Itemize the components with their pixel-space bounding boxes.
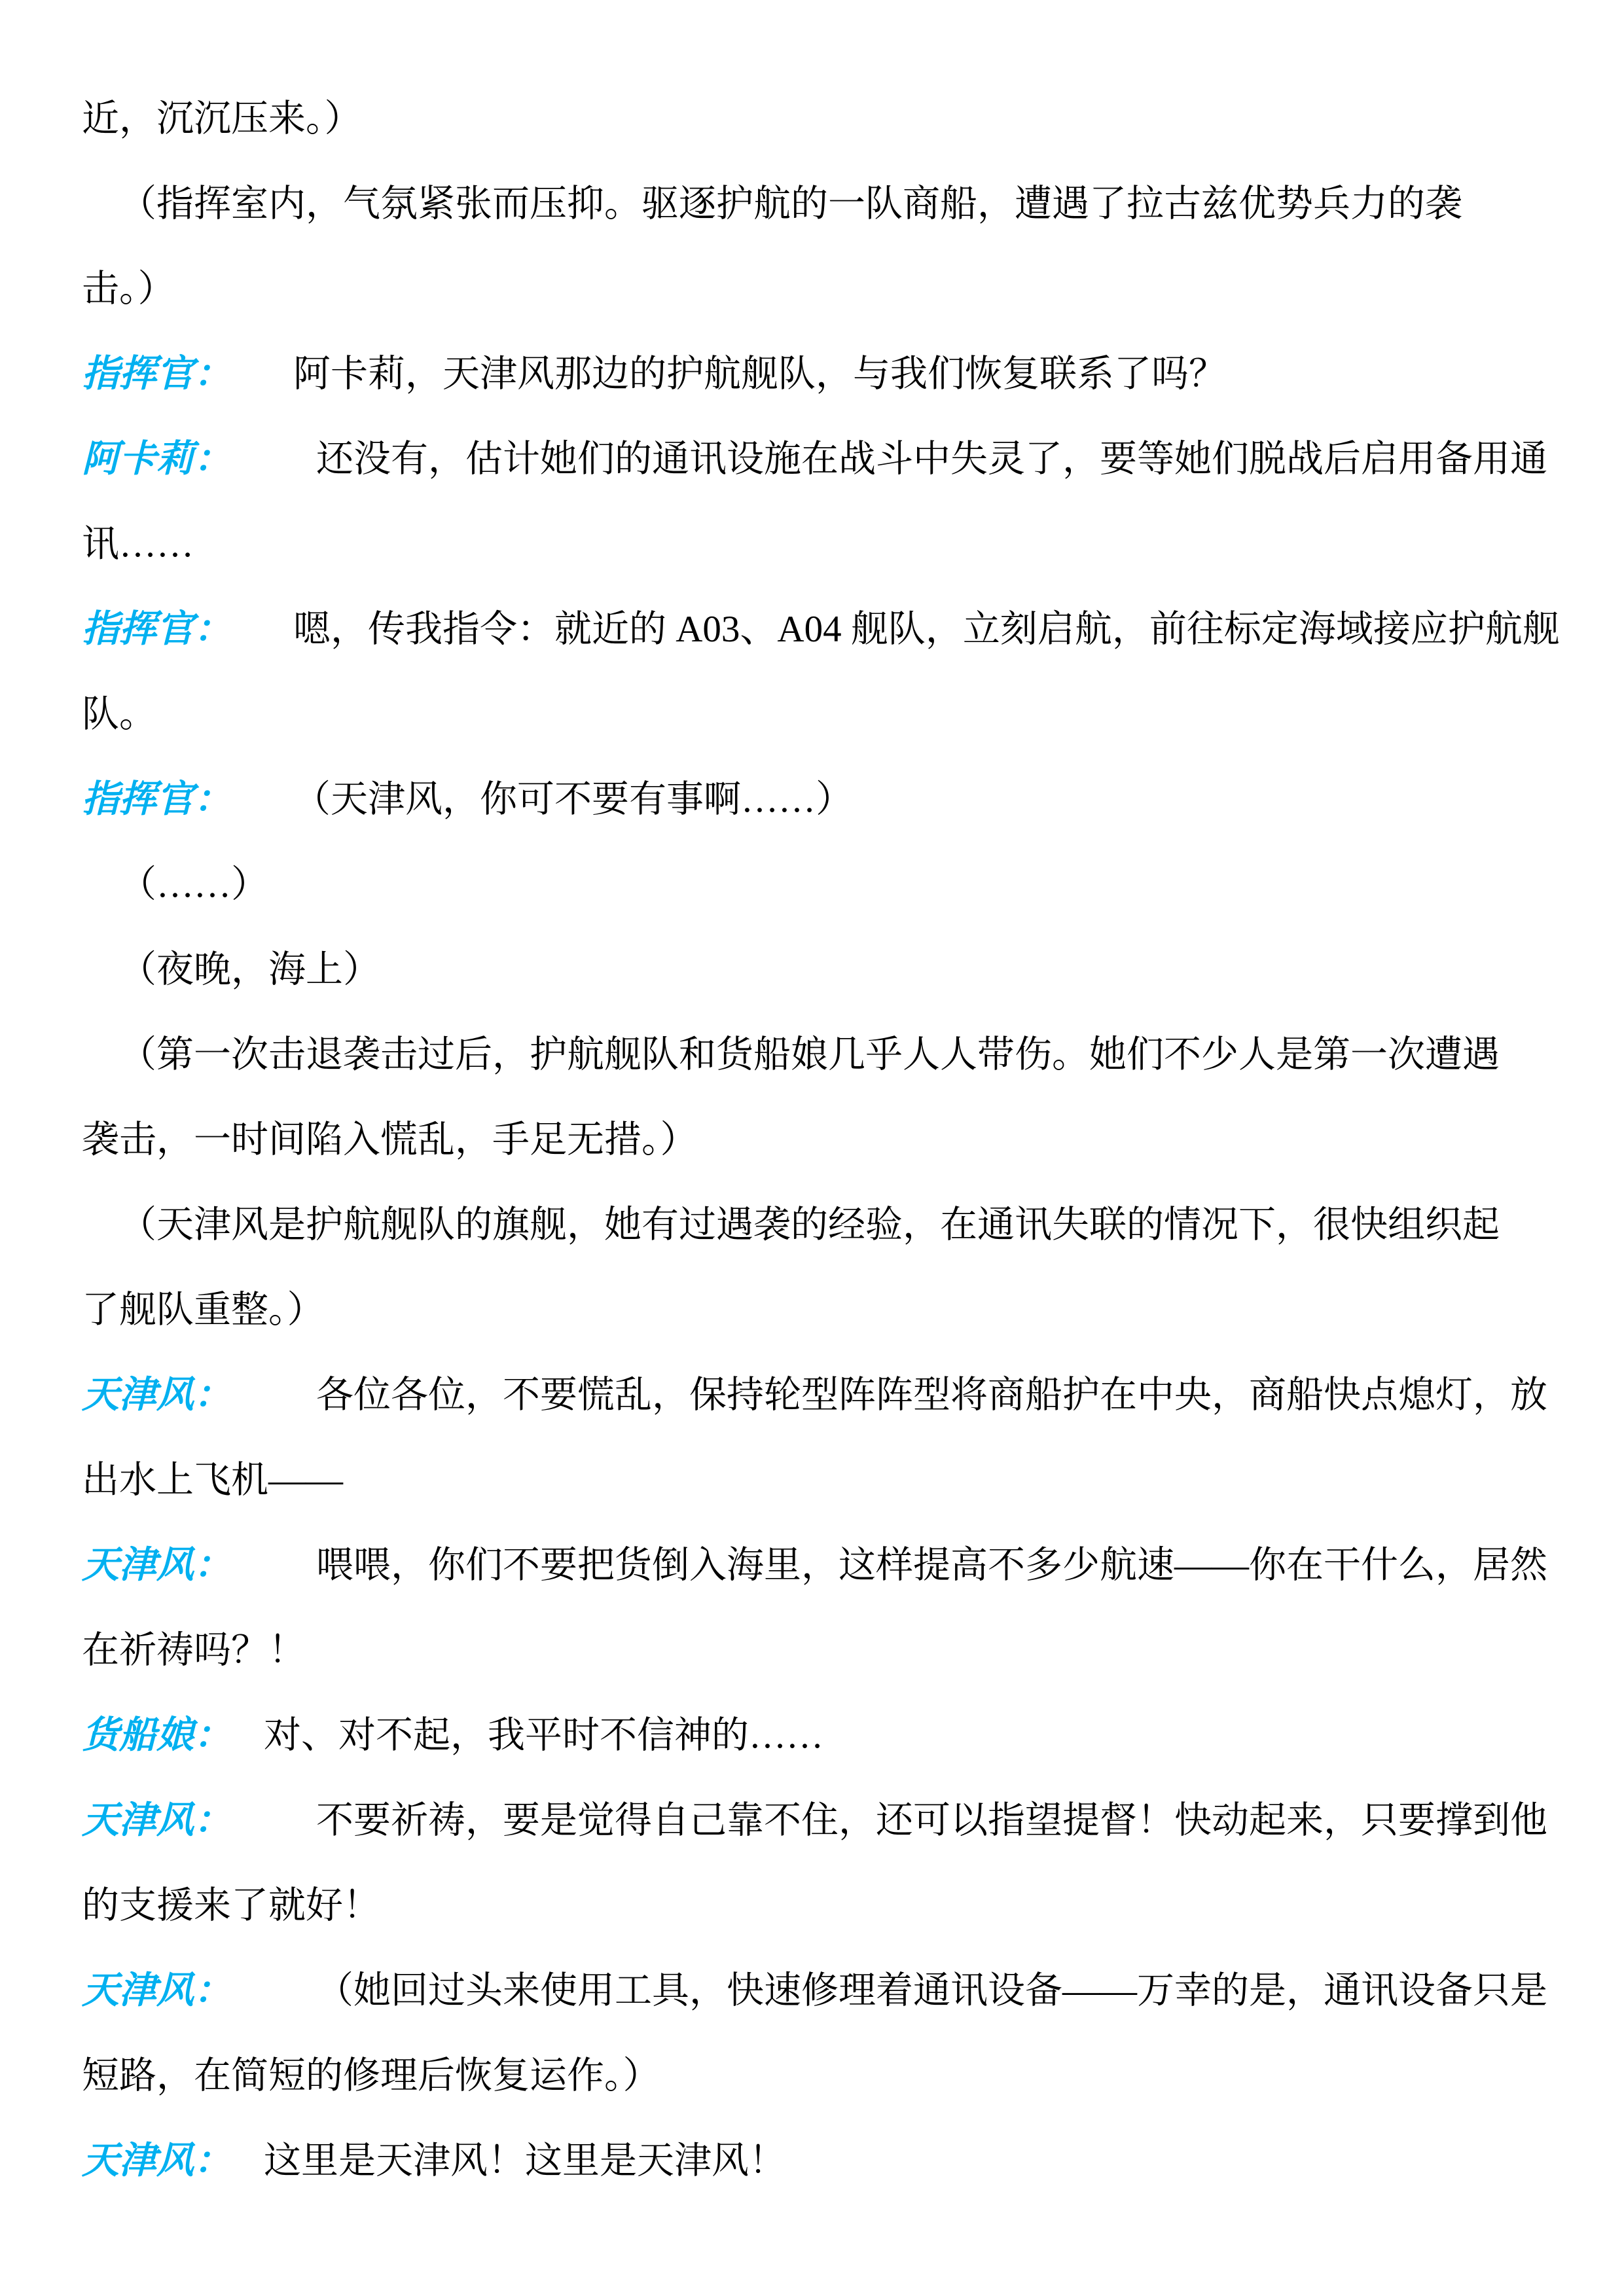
speaker-name: 指挥官： [82,587,231,672]
script-line: 的支援来了就好！ [82,1863,1545,1948]
dialogue-text: 喂喂，你们不要把货倒入海里，这样提高不多少航速——你在干什么，居然 [316,1545,1547,1586]
dialogue-text: （她回过头来使用工具，快速修理着通讯设备——万幸的是，通讯设备只是 [316,1970,1547,2011]
speaker-name: 天津风： [82,1948,231,2034]
script-line: 天津风：各位各位，不要慌乱，保持轮型阵阵型将商船护在中央，商船快点熄灯，放 [82,1353,1545,1438]
stage-direction-text: （天津风是护航舰队的旗舰，她有过遇袭的经验，在通讯失联的情况下，很快组织起 [119,1204,1500,1246]
speaker-name: 指挥官： [82,332,231,417]
script-line: 讯…… [82,502,1545,587]
script-line: （夜晚，海上） [82,927,1545,1013]
script-line: 天津风：喂喂，你们不要把货倒入海里，这样提高不多少航速——你在干什么，居然 [82,1523,1545,1608]
script-line: 天津风：不要祈祷，要是觉得自己靠不住，还可以指望提督！快动起来，只要撑到他 [82,1778,1545,1863]
dialogue-text: 各位各位，不要慌乱，保持轮型阵阵型将商船护在中央，商船快点熄灯，放 [316,1374,1547,1416]
script-line: 指挥官：（天津风，你可不要有事啊……） [82,757,1545,842]
script-line: （……） [82,842,1545,927]
line-text: 队。 [82,694,156,735]
script-line: 阿卡莉：还没有，估计她们的通讯设施在战斗中失灵了，要等她们脱战后启用备用通 [82,417,1545,502]
dialogue-text: （天津风，你可不要有事啊……） [293,779,853,820]
dialogue-text: 不要祈祷，要是觉得自己靠不住，还可以指望提督！快动起来，只要撑到他 [316,1800,1547,1841]
script-line: 短路，在简短的修理后恢复运作。） [82,2034,1545,2119]
line-text: 在祈祷吗？！ [82,1630,306,1671]
line-text: 讯…… [82,524,194,565]
script-line: 出水上飞机—— [82,1438,1545,1523]
speaker-name: 天津风： [82,1353,231,1438]
script-line: 天津风：这里是天津风！这里是天津风！ [82,2119,1545,2204]
dialogue-text: 这里是天津风！这里是天津风！ [264,2140,786,2181]
stage-direction-text: （指挥室内，气氛紧张而压抑。驱逐护航的一队商船，遭遇了拉古兹优势兵力的袭 [119,183,1462,224]
line-text: 短路，在简短的修理后恢复运作。） [82,2055,660,2096]
line-text: 出水上飞机—— [82,1460,343,1501]
speaker-name: 指挥官： [82,757,231,842]
script-line: 近，沉沉压来。） [82,77,1545,162]
line-text: 击。） [82,268,175,310]
dialogue-text: 对、对不起，我平时不信神的…… [264,1715,823,1756]
line-text: 了舰队重整。） [82,1289,325,1331]
script-line: （第一次击退袭击过后，护航舰队和货船娘几乎人人带伤。她们不少人是第一次遭遇 [82,1013,1545,1098]
dialogue-text: 还没有，估计她们的通讯设施在战斗中失灵了，要等她们脱战后启用备用通 [316,439,1547,480]
dialogue-text: 阿卡莉，天津风那边的护航舰队，与我们恢复联系了吗？ [293,353,1226,395]
stage-direction-text: （夜晚，海上） [119,949,380,990]
line-text: 袭击，一时间陷入慌乱，手足无措。） [82,1119,698,1160]
script-line: 了舰队重整。） [82,1268,1545,1353]
speaker-name: 天津风： [82,1778,231,1863]
speaker-name: 天津风： [82,1523,231,1608]
speaker-name: 阿卡莉： [82,417,231,502]
script-line: 击。） [82,247,1545,332]
script-line: 队。 [82,672,1545,757]
dialogue-text: 嗯，传我指令：就近的 A03、A04 舰队，立刻启航，前往标定海域接应护航舰 [293,609,1560,650]
line-text: 的支援来了就好！ [82,1885,380,1926]
script-line: 货船娘：对、对不起，我平时不信神的…… [82,1693,1545,1778]
script-line: （天津风是护航舰队的旗舰，她有过遇袭的经验，在通讯失联的情况下，很快组织起 [82,1183,1545,1268]
line-text: 近，沉沉压来。） [82,98,362,139]
script-line: 指挥官：嗯，传我指令：就近的 A03、A04 舰队，立刻启航，前往标定海域接应护… [82,587,1545,672]
script-line: 指挥官：阿卡莉，天津风那边的护航舰队，与我们恢复联系了吗？ [82,332,1545,417]
document-page: 近，沉沉压来。） （指挥室内，气氛紧张而压抑。驱逐护航的一队商船，遭遇了拉古兹优… [0,0,1624,2296]
stage-direction-text: （……） [119,864,268,905]
script-line: 在祈祷吗？！ [82,1608,1545,1693]
stage-direction-text: （第一次击退袭击过后，护航舰队和货船娘几乎人人带伤。她们不少人是第一次遭遇 [119,1034,1500,1075]
script-line: 天津风：（她回过头来使用工具，快速修理着通讯设备——万幸的是，通讯设备只是 [82,1948,1545,2034]
script-line: 袭击，一时间陷入慌乱，手足无措。） [82,1098,1545,1183]
speaker-name: 货船娘： [82,1693,231,1778]
script-line: （指挥室内，气氛紧张而压抑。驱逐护航的一队商船，遭遇了拉古兹优势兵力的袭 [82,162,1545,247]
speaker-name: 天津风： [82,2119,231,2204]
